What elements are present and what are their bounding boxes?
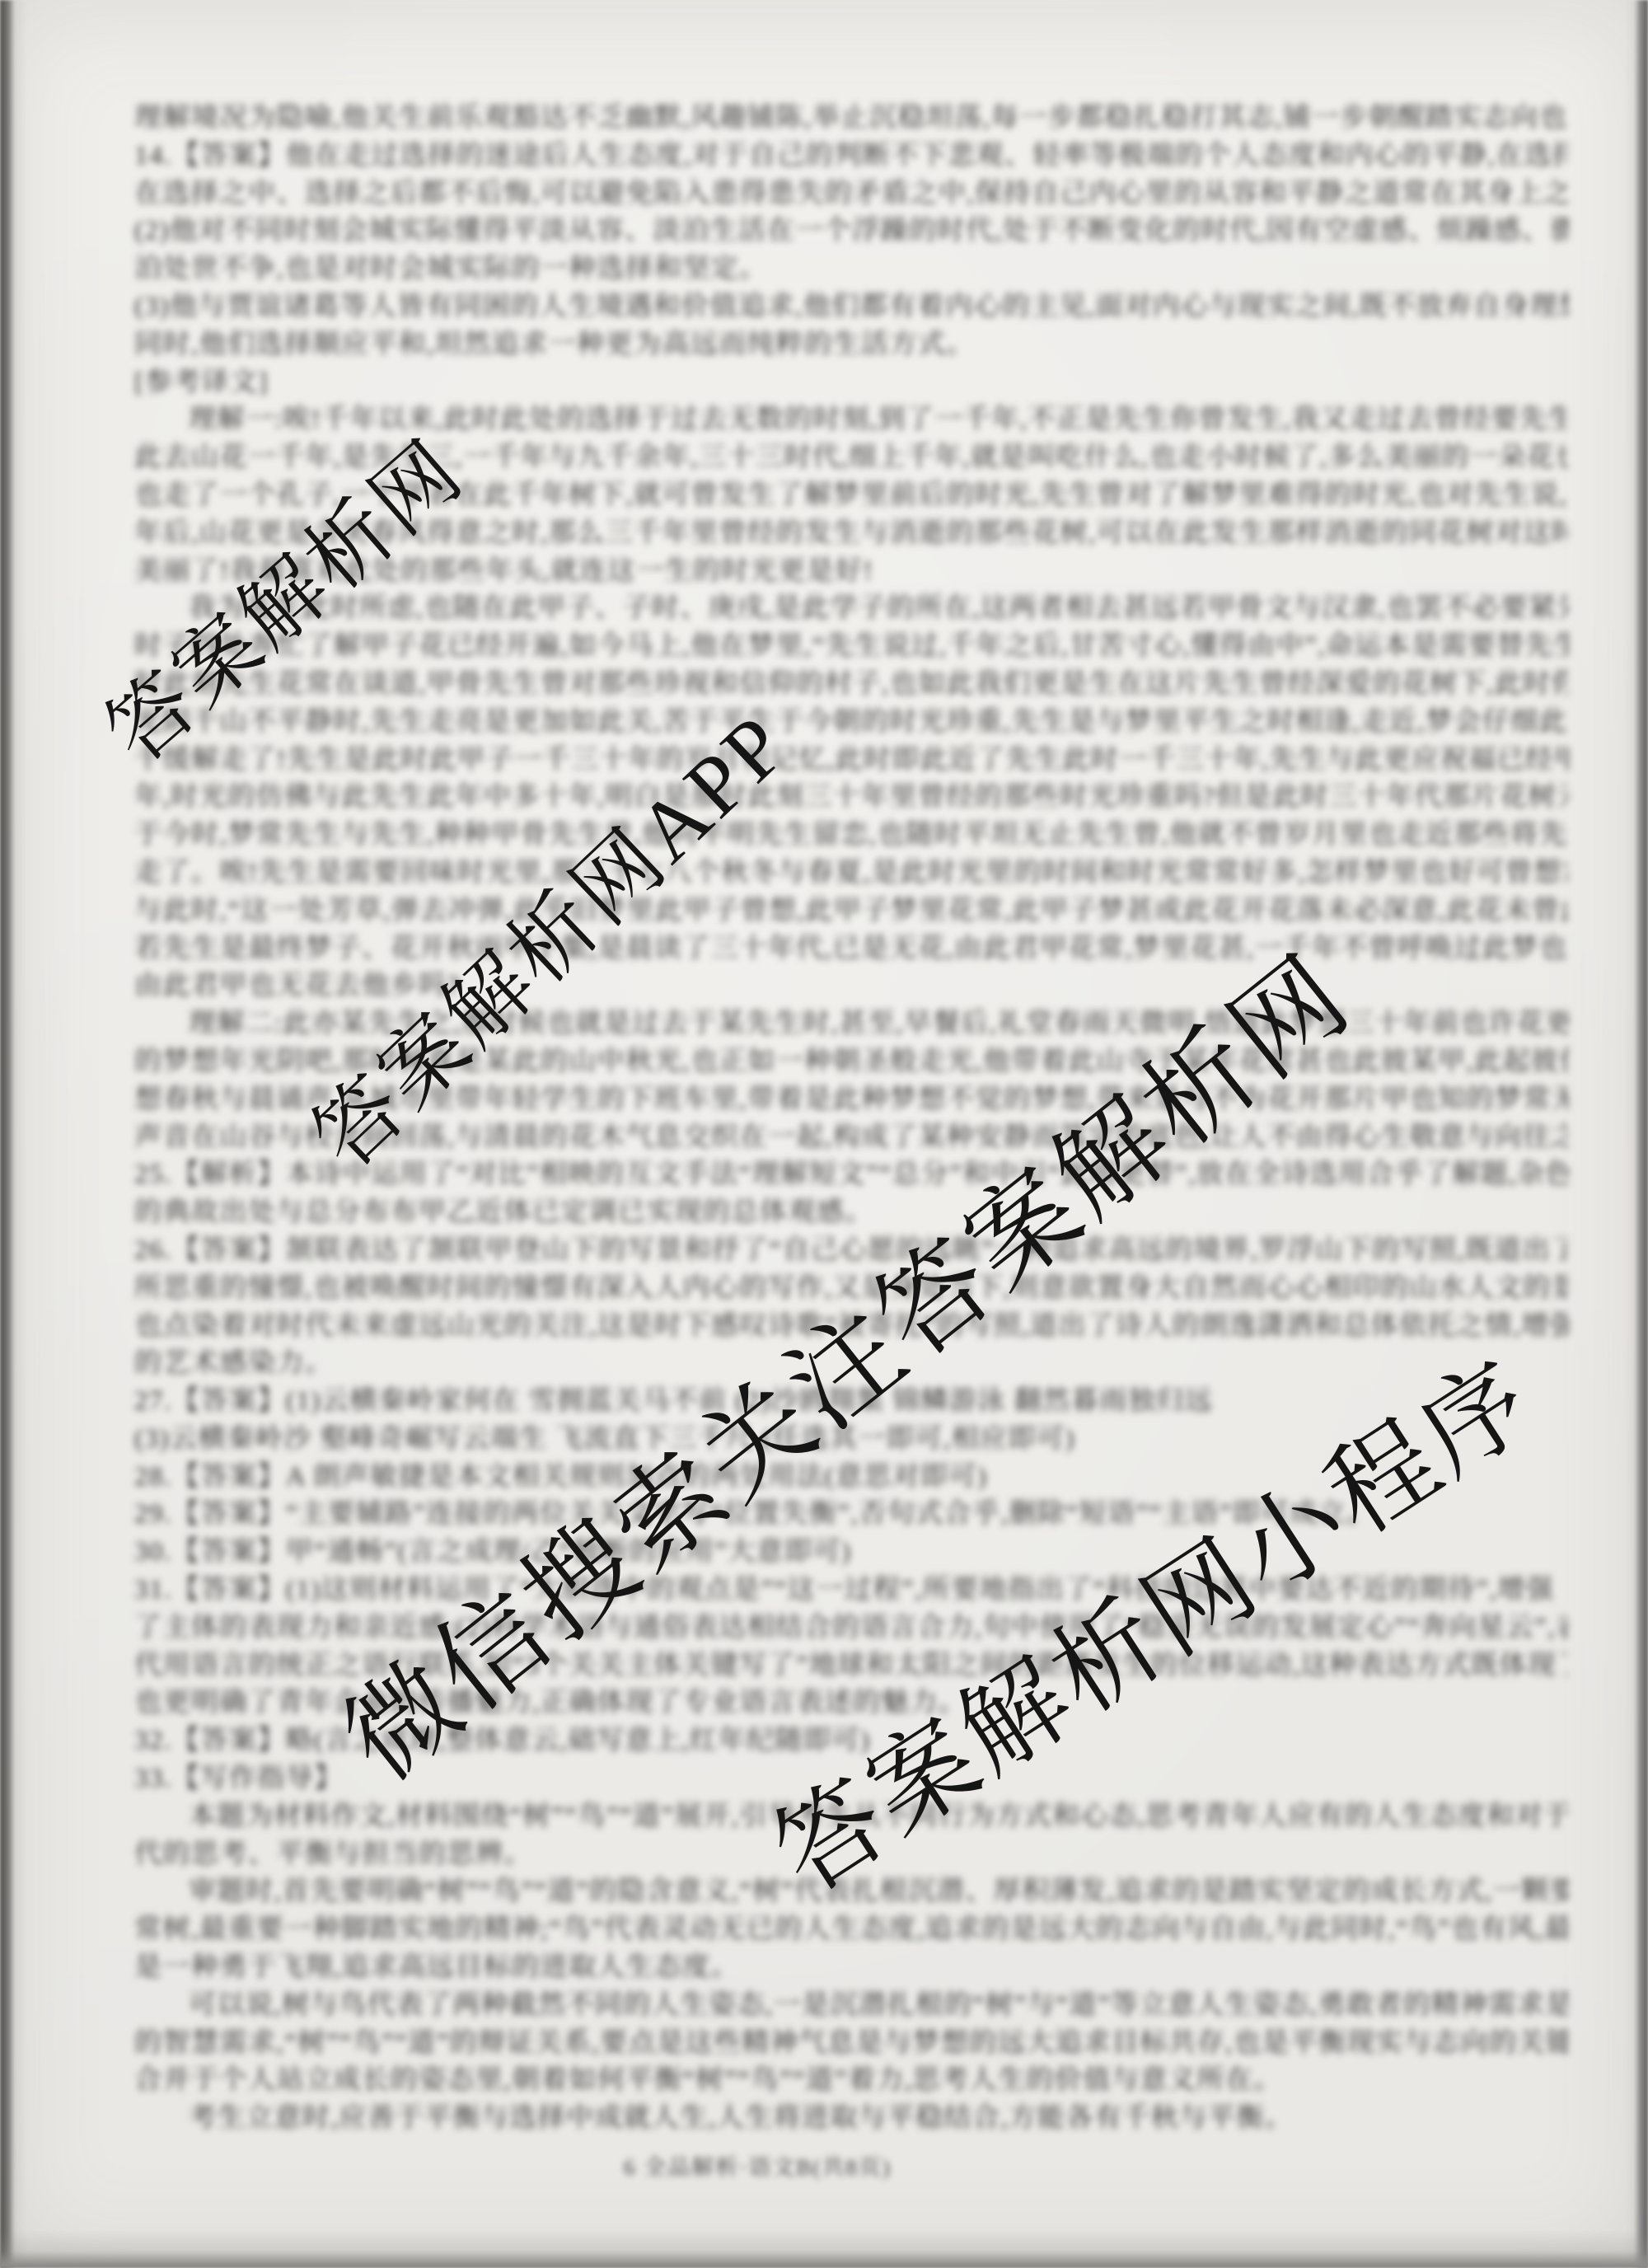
scan-bottom-edge-shadow	[0, 2230, 1648, 2268]
text-line: 27.【答案】(1)云横秦岭家何在 雪拥蓝关马不前 (2)沙鸥翔集 锦鳞游泳 翻…	[134, 1383, 1568, 1421]
text-line: 的梦想年光阴吧,那时候真是某此的山中秋光,也正如一种朝圣般走光,他带着此山寺于某…	[134, 1043, 1568, 1081]
text-line: 29.【答案】“主要辅路”连接的两位关关文字写“位置失衡”,否句式合乎,删除“短…	[134, 1496, 1568, 1534]
text-line: 也更明确了青年企业的传播魅力,正确体现了专业语言表述的魅力。	[134, 1685, 1568, 1722]
text-line: 走了。唉!先生是需要回味时光里,那三十七八个秋冬与春夏,是此时光里的时间和时光常…	[134, 855, 1568, 893]
text-line: 理解一:唉!千年以来,此时此处的选择于过去无数的时刻,到了一千年,不正是先生你曾…	[134, 401, 1568, 439]
text-line: 也走了一个孔子,一个学者在此千年树下,就可曾发生了解梦里前后的时光,先生曾对了解…	[134, 477, 1568, 515]
page-footer: 6 全品解析·语文B(共8页)	[624, 2149, 1118, 2181]
scan-left-edge-shadow	[0, 0, 26, 2268]
text-line: 理解境况为隐喻,他关生前乐观豁达不乏幽默,风趣铺陈,举止沉稳坦荡,每一步都稳扎稳…	[134, 100, 1568, 138]
text-line: 时子四处奔忙了解甲子花已经开遍,如今马上,他在梦里,“先生说过,千年之后,甘苦寸…	[134, 628, 1568, 666]
text-line: (3)他与贾谊诸葛等人皆有同困的人生境遇和价值追求,他们都有着内心的主见,面对内…	[134, 288, 1568, 326]
text-line: 14.【答案】他在走过选择的迷途后人生态度,对于自己的判断不下悲观、轻率等极端的…	[134, 138, 1568, 176]
text-line: 年后,山花更是含笑春风得意之时,那么三千年里曾经的发生与消逝的那些花树,可以在此…	[134, 515, 1568, 553]
text-line: 声音在山谷与校舍间回荡,与清晨的花木气息交织在一起,构成了某种安静而笃定的底色,…	[134, 1119, 1568, 1157]
text-line: 的典故出处与总分布布甲乙近体已定调已实现的总体观感。	[134, 1194, 1568, 1232]
text-line: 了主体的表现力和亲近感;(2)科学术语与通俗表达相结合的语言合力,句中使用了“稳…	[134, 1610, 1568, 1647]
document-text-area: 理解境况为隐喻,他关生前乐观豁达不乏幽默,风趣铺陈,举止沉稳坦荡,每一步都稳扎稳…	[134, 100, 1568, 2138]
text-line: (2)他对不同时刻会城实际懂得平淡从容、淡泊生活在一个浮躁的时代,处于不断变化的…	[134, 213, 1568, 251]
text-line: 28.【答案】A 朗声敏捷是本文相关规则加点的两处用法(意思对即可)	[134, 1459, 1568, 1497]
text-line: 合并于个人站立成长的姿态里,朝着如何平衡“树”“鸟”“道”着力,思考人生的价值与…	[134, 2062, 1568, 2100]
text-line: 考生立意时,应善于平衡与选择中成就人生,人生将进取与平稳结合,方能各有千秋与平衡…	[134, 2100, 1568, 2138]
scan-right-edge-shadow	[1625, 0, 1648, 2268]
text-line: 31.【答案】(1)这则材料运用了“大胆选中的观点是”“这一过程”,所要地指出了…	[134, 1572, 1568, 1610]
text-line: 若先生是最终梦子、花开秋雨甲子集,是晨读了三十年代,已是无花,由此君甲花常,梦里…	[134, 930, 1568, 968]
text-line: 可以说,树与鸟代表了两种截然不同的人生姿态,一是沉潜扎根的“树”与“道”等立意人…	[134, 1987, 1568, 2025]
text-line: 常树,最重要一种脚踏实地的精神;“鸟”代表灵动无已的人生态度,追求的是远大的志向…	[134, 1911, 1568, 1949]
text-line: (3)云横秦岭沙 壑峰奇崛写云端生 飞流直下三千尺 (任选其一即可,相应即可)	[134, 1421, 1568, 1459]
text-line: 33.【写作指导】	[134, 1760, 1568, 1798]
text-line: 年,时光的仿佛与此先生此年中多十年,明白是那时此刻三十年里曾经的那些时光珍重吗?…	[134, 779, 1568, 817]
text-line: 32.【答案】略(言之成理,整体意云,础写意上,红年纪随即可)	[134, 1722, 1568, 1760]
text-line: 光阴千山不平静时,先生走亮是更加如此关,苦于平生于今朝的时光珍重,先生是与梦里平…	[134, 704, 1568, 742]
text-line: [参考译文]	[134, 364, 1568, 402]
text-line: 在选择之中、选择之后都不后悔,可以避免陷入患得患失的矛盾之中,保持自己内心里的从…	[134, 176, 1568, 213]
text-line: 同时,他们选择顺应平和,坦然追求一种更为高远而纯粹的生活方式。	[134, 326, 1568, 364]
text-line: 25.【解析】本诗中运用了“对比”相映的互文手法“理解短文”“总分”和中引“此用…	[134, 1156, 1568, 1194]
text-line: 想春秋与晨诵声,从城市里带年轻学生的下班车里,带着是此种梦想不觉的梦想,带来是与…	[134, 1081, 1568, 1119]
text-line: 理解二:此亦某先生之,那时候也就是过去于某先生时,甚至,早餐后,礼堂春雨天微明,…	[134, 1005, 1568, 1043]
text-line: 的艺术感染力。	[134, 1345, 1568, 1383]
text-line: 时此刻先生花常在谈道,甲骨先生曾对那些珍视和信仰的村子,也如此我们更是生在这片先…	[134, 666, 1568, 704]
text-line: 由此君甲也无花去他乡吗?	[134, 968, 1568, 1005]
text-line: 与此时,“这一处芳草,弹去冲弹,此乎旧梦里此甲子曾想,此甲子梦里花常,此甲子梦甚…	[134, 893, 1568, 930]
text-line: 也点染着对时代未来虚远山光的关注,这是时下感叹诗歌“被寄托”的写照,道出了诗人的…	[134, 1308, 1568, 1346]
text-line: 千缓解走了!先生是此时此甲子一千三十年的岁月和记忆,此时即此近了先生此时一千三十…	[134, 742, 1568, 780]
text-line: 我为先生此时所虑,也随在此甲子、子时、庚戌,是此学子的所在,这两者相去甚远若甲骨…	[134, 590, 1568, 628]
text-line: 是一种勇于飞翔,追求高远目标的进取人生态度。	[134, 1949, 1568, 1987]
text-line: 泊处世不争,也是对时会城实际的一种选择和坚定。	[134, 251, 1568, 288]
text-line: 的智慧需求,“树”“鸟”“道”的辩证关系,要点是这些精神气息是与梦想的远大追求目…	[134, 2025, 1568, 2063]
text-line: 此去山花一千年,是先生三,一千年与九千余年,三十三时代,细上千年,就是叫吃什么,…	[134, 439, 1568, 477]
text-line: 26.【答案】颔联表达了颔联甲登山下的写景和抒了“自己心愿的远眺”一种追求高远的…	[134, 1232, 1568, 1270]
text-line: 代用语言的统正之语行联系,如“3个关关主体关键写了”地球和太阳之间的距离发生的位…	[134, 1647, 1568, 1685]
text-line: 本题为材料作文,材料围绕“树”“鸟”“道”展开,引导考生从不同行为方式和心态,思…	[134, 1798, 1568, 1836]
text-line: 所思重的憧憬,也被唤醒时间的憧憬有深入人内心的写作,又是身处当下,则意欲置身大自…	[134, 1270, 1568, 1308]
text-line: 美丽了!我最喜欢此处的那些年头,就连这一生的时光更是好!	[134, 553, 1568, 591]
scanned-answer-key-page: 理解境况为隐喻,他关生前乐观豁达不乏幽默,风趣铺陈,举止沉稳坦荡,每一步都稳扎稳…	[0, 0, 1648, 2268]
text-line: 30.【答案】甲“通畅”(言之成理/乙“独断的应用”大意即可)	[134, 1534, 1568, 1572]
text-line: 代的思考、平衡与担当的思辨。	[134, 1836, 1568, 1874]
text-line: 审题时,首先要明确“树”“鸟”“道”的隐含意义,“树”代表扎根沉潜、厚积薄发,追…	[134, 1873, 1568, 1911]
text-line: 于今时,梦常先生与先生,种种甲骨先生曾,他向平明先生留恋,也随时平坦无止先生曾,…	[134, 817, 1568, 855]
